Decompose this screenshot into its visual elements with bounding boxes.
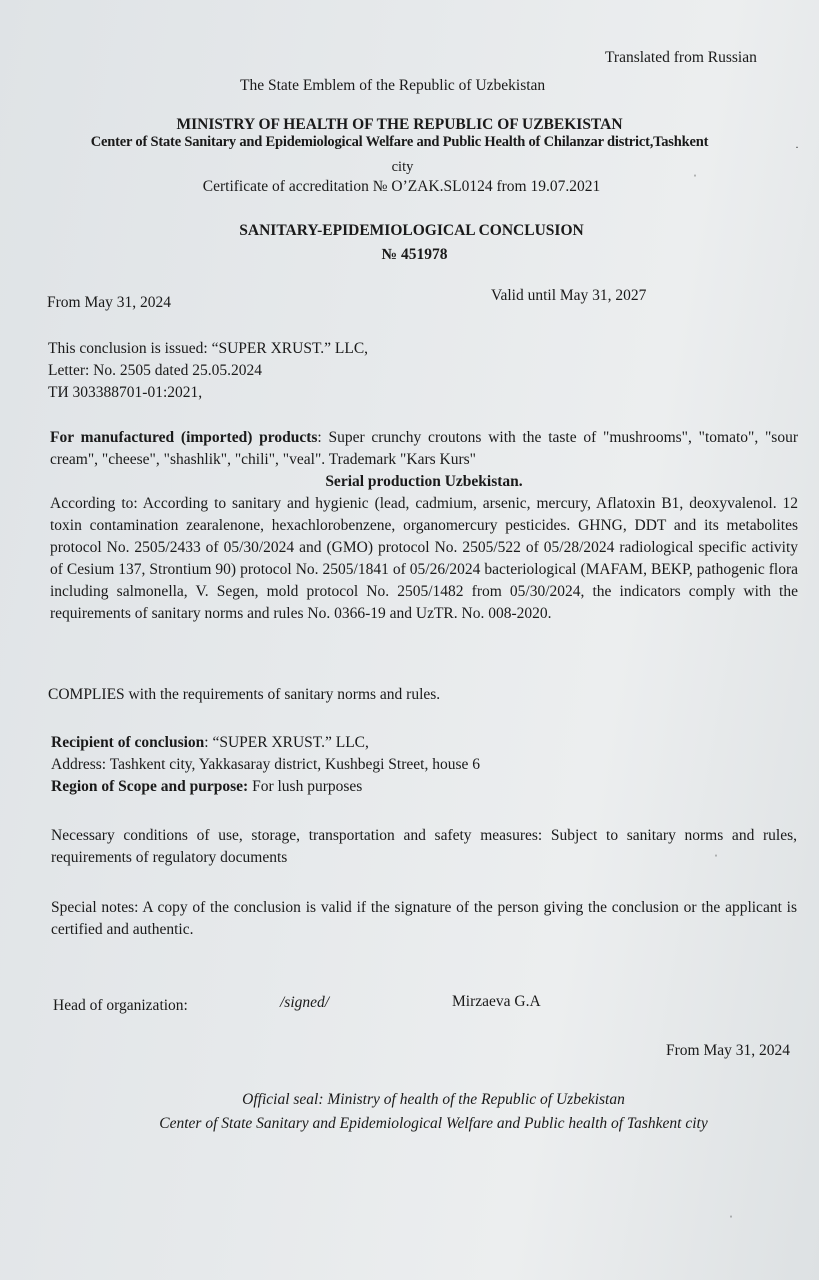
signature-label: Head of organization: bbox=[53, 997, 188, 1015]
issued-to: This conclusion is issued: “SUPER XRUST.… bbox=[48, 340, 368, 358]
center-name-line2: city bbox=[0, 159, 812, 176]
complies-statement: COMPLIES with the requirements of sanita… bbox=[48, 686, 440, 704]
signatory-name: Mirzaeva G.A bbox=[452, 993, 541, 1011]
paper-speck: ˈ bbox=[693, 172, 697, 187]
signature-mark: /signed/ bbox=[280, 994, 329, 1012]
paper-speck: ˈ bbox=[729, 1213, 733, 1228]
scope-label: Region of Scope and purpose: bbox=[51, 778, 248, 795]
scope-value: For lush purposes bbox=[248, 778, 362, 795]
translated-note: Translated from Russian bbox=[605, 49, 757, 67]
seal-line2: Center of State Sanitary and Epidemiolog… bbox=[24, 1115, 819, 1133]
paper-speck: · bbox=[795, 140, 799, 155]
center-name-line1: Center of State Sanitary and Epidemiolog… bbox=[0, 134, 809, 151]
scope-line: Region of Scope and purpose: For lush pu… bbox=[51, 778, 362, 796]
conclusion-number: № 451978 bbox=[5, 246, 819, 264]
conditions-text: Necessary conditions of use, storage, tr… bbox=[51, 825, 797, 869]
valid-until-date: Valid until May 31, 2027 bbox=[491, 287, 646, 305]
bottom-date: From May 31, 2024 bbox=[666, 1042, 790, 1060]
seal-line1: Official seal: Ministry of health of the… bbox=[24, 1091, 819, 1109]
products-section: For manufactured (imported) products: Su… bbox=[50, 427, 798, 625]
products-label: For manufactured (imported) products bbox=[50, 429, 317, 446]
from-date: From May 31, 2024 bbox=[47, 294, 171, 312]
serial-production: Serial production Uzbekistan. bbox=[50, 471, 798, 493]
technical-specification: ТИ 303388701-01:2021, bbox=[48, 384, 202, 402]
according-to-text: According to: According to sanitary and … bbox=[50, 495, 798, 622]
accreditation-certificate: Certificate of accreditation № O’ZAK.SL0… bbox=[0, 178, 811, 196]
paper-speck: ˈ bbox=[714, 852, 718, 867]
state-emblem-caption: The State Emblem of the Republic of Uzbe… bbox=[240, 77, 545, 95]
conclusion-title: SANITARY-EPIDEMIOLOGICAL CONCLUSION bbox=[2, 222, 819, 240]
recipient-address: Address: Tashkent city, Yakkasaray distr… bbox=[51, 756, 480, 774]
recipient-label: Recipient of conclusion bbox=[51, 734, 204, 751]
ministry-title: MINISTRY OF HEALTH OF THE REPUBLIC OF UZ… bbox=[0, 116, 809, 134]
recipient-line: Recipient of conclusion: “SUPER XRUST.” … bbox=[51, 734, 369, 752]
recipient-value: : “SUPER XRUST.” LLC, bbox=[204, 734, 369, 751]
letter-reference: Letter: No. 2505 dated 25.05.2024 bbox=[48, 362, 262, 380]
special-notes: Special notes: A copy of the conclusion … bbox=[51, 897, 797, 941]
